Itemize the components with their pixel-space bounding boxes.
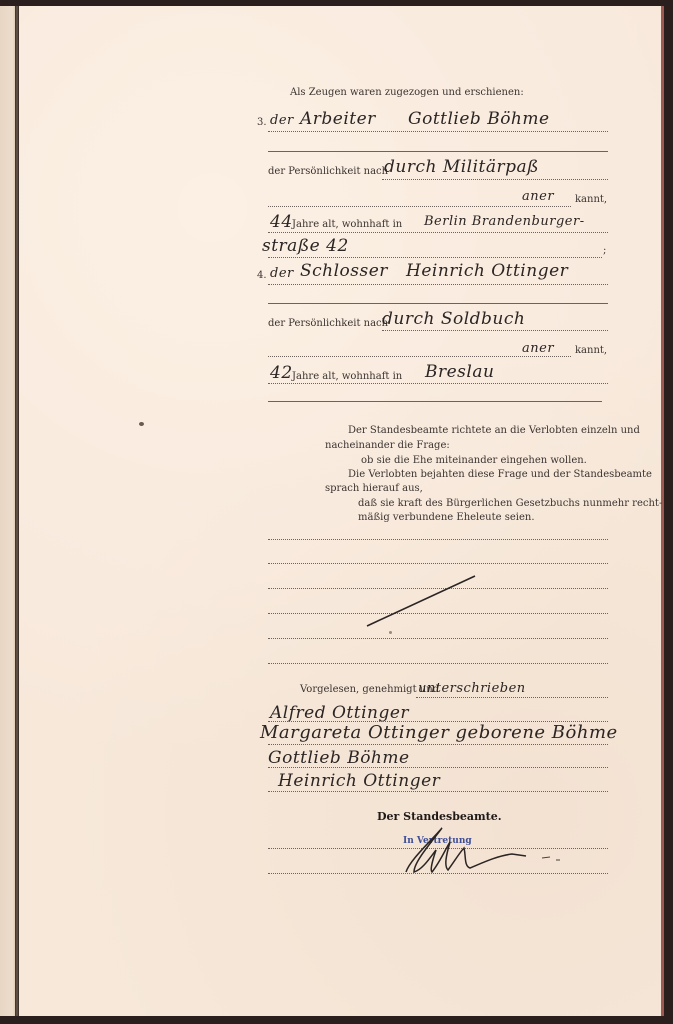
rule-line: [268, 356, 571, 357]
witness-4-known-value: aner: [522, 341, 554, 356]
rule-line: [268, 744, 608, 745]
witness-4-name: Heinrich Ottinger: [406, 261, 568, 281]
rule-line: [382, 330, 608, 331]
witness-4-occupation: Schlosser: [300, 261, 388, 281]
rule-line: [268, 257, 602, 258]
witness-3-known-label: kannt,: [575, 194, 607, 205]
witness-3-name: Gottlieb Böhme: [408, 109, 550, 129]
rule-line: [268, 383, 608, 384]
ceremony-line-6: daß sie kraft des Bürgerlichen Gesetzbuc…: [358, 498, 662, 509]
ceremony-line-2: nacheinander die Frage:: [325, 440, 450, 451]
witness-3-number: 3.: [257, 117, 267, 128]
signature-witness-4: Heinrich Ottinger: [278, 771, 440, 791]
witness-4-identity-value: durch Soldbuch: [382, 309, 525, 329]
rule-line: [382, 179, 608, 180]
rule-line: [268, 791, 608, 792]
rule-line: [268, 303, 608, 304]
paper-speck: [139, 422, 144, 426]
witness-3-prefix: der: [270, 113, 294, 128]
left-page-edge: [0, 6, 16, 1016]
rule-line: [268, 151, 608, 152]
witness-3-residence-1: Berlin Brandenburger-: [424, 214, 585, 229]
rule-line: [268, 401, 602, 402]
witness-3-known-value: aner: [522, 189, 554, 204]
ceremony-line-5: sprach hierauf aus,: [325, 483, 423, 494]
witness-3-end-mark: ;: [603, 245, 606, 256]
witness-3-identity-value: durch Militärpaß: [384, 157, 539, 177]
rule-line: [268, 284, 608, 285]
read-approved-value: unterschrieben: [418, 681, 526, 696]
witness-3-age-label: Jahre alt, wohnhaft in: [292, 219, 402, 230]
paper-speck: [389, 631, 392, 634]
rule-line: [268, 873, 608, 874]
witness-4-number: 4.: [257, 270, 267, 281]
witness-4-residence: Breslau: [425, 362, 494, 382]
right-page-edge: [661, 6, 664, 1016]
witness-4-age: 42: [270, 363, 293, 383]
rule-line: [268, 232, 608, 233]
rule-line: [416, 697, 608, 698]
witnesses-heading: Als Zeugen waren zugezogen und erschiene…: [290, 87, 524, 98]
ceremony-line-3: ob sie die Ehe miteinander eingehen woll…: [361, 455, 587, 466]
rule-line: [268, 563, 608, 564]
signature-groom: Alfred Ottinger: [270, 703, 409, 723]
rule-line: [268, 638, 608, 639]
bottom-edge: [0, 1016, 673, 1024]
signature-witness-3: Gottlieb Böhme: [268, 748, 410, 768]
ceremony-line-1: Der Standesbeamte richtete an die Verlob…: [348, 425, 640, 436]
witness-4-age-label: Jahre alt, wohnhaft in: [292, 371, 402, 382]
witness-4-identity-label: der Persönlichkeit nach: [268, 318, 388, 329]
signature-bride: Margareta Ottinger geborene Böhme: [260, 722, 618, 743]
rule-line: [268, 539, 608, 540]
witness-3-residence-2: straße 42: [262, 236, 349, 256]
ceremony-line-4: Die Verlobten bejahten diese Frage und d…: [348, 469, 652, 480]
rule-line: [268, 663, 608, 664]
strike-through-mark: [360, 570, 480, 632]
witness-3-occupation: Arbeiter: [300, 109, 376, 129]
registrar-signature-icon: [400, 822, 570, 877]
rule-line: [268, 206, 571, 207]
witness-3-identity-label: der Persönlichkeit nach: [268, 166, 388, 177]
ceremony-line-7: mäßig verbundene Eheleute seien.: [358, 512, 535, 523]
rule-line: [268, 767, 608, 768]
rule-line: [268, 131, 608, 132]
witness-3-age: 44: [270, 212, 293, 232]
witness-4-known-label: kannt,: [575, 345, 607, 356]
witness-4-prefix: der: [270, 266, 294, 281]
